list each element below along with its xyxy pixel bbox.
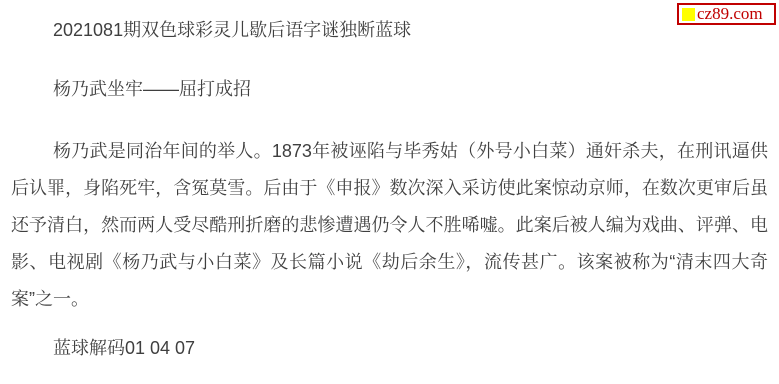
logo-square-icon — [682, 8, 695, 21]
article-content: 2021081期双色球彩灵儿歇后语字谜独断蓝球 杨乃武坐牢——屈打成招 杨乃武是… — [0, 19, 779, 359]
article-title: 2021081期双色球彩灵儿歇后语字谜独断蓝球 — [11, 19, 768, 41]
riddle-line: 杨乃武坐牢——屈打成招 — [11, 78, 768, 100]
site-logo[interactable]: cz89.com — [677, 3, 776, 25]
article-body: 杨乃武是同治年间的举人。1873年被诬陷与毕秀姑（外号小白菜）通奸杀夫，在刑讯逼… — [11, 133, 768, 318]
logo-text: cz89.com — [697, 5, 763, 23]
blue-ball-decode-line: 蓝球解码01 04 07 — [11, 337, 768, 359]
article-page: cz89.com 2021081期双色球彩灵儿歇后语字谜独断蓝球 杨乃武坐牢——… — [0, 19, 779, 359]
